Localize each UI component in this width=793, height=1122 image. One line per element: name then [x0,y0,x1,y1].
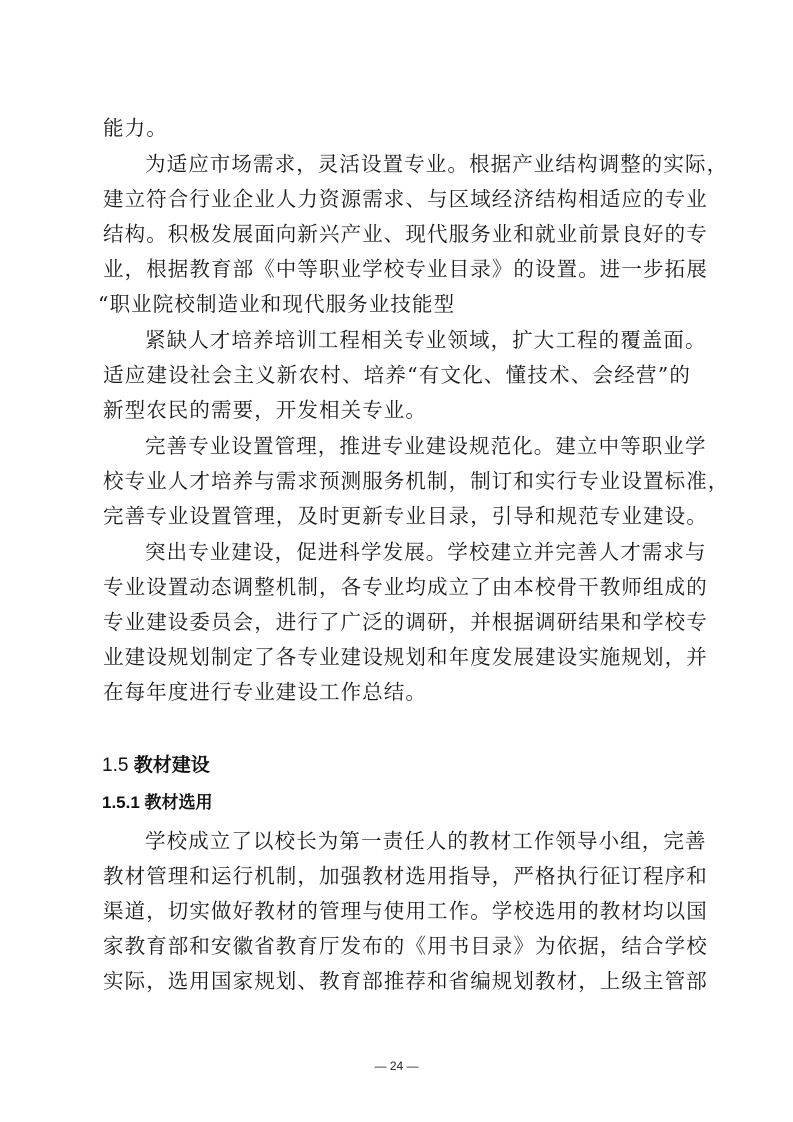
paragraph-line: 在每年度进行专业建设工作总结。 [103,677,691,707]
paragraph-line: 为适应市场需求，灵活设置专业。根据产业结构调整的实际， [145,149,691,179]
paragraph-line: 结构。积极发展面向新兴产业、现代服务业和就业前景良好的专 [103,219,691,249]
section-number: 1.5 [102,755,128,776]
paragraph-line: 建立符合行业企业人力资源需求、与区域经济结构相适应的专业 [103,184,691,214]
paragraph-line: 教材管理和运行机制，加强教材选用指导，严格执行征订程序和 [103,861,691,891]
paragraph-line: 校专业人才培养与需求预测服务机制，制订和实行专业设置标准， [103,466,691,496]
section-title: 教材建设 [134,755,210,776]
subsection-heading: 1.5.1 教材选用 [102,790,213,816]
paragraph-line: “职业院校制造业和现代服务业技能型 [98,289,686,319]
paragraph-line: 专业建设委员会，进行了广泛的调研，并根据调研结果和学校专 [103,607,691,637]
paragraph-line: 适应建设社会主义新农村、培养“有文化、懂技术、会经营”的 [103,360,691,390]
paragraph-line: 渠道，切实做好教材的管理与使用工作。学校选用的教材均以国 [103,896,691,926]
page-number: — 24 — [0,1059,793,1073]
paragraph-line: 实际，选用国家规划、教育部推荐和省编规划教材，上级主管部 [103,966,691,996]
paragraph-line: 学校成立了以校长为第一责任人的教材工作领导小组，完善 [145,826,691,856]
paragraph-line: 紧缺人才培养培训工程相关专业领域，扩大工程的覆盖面。 [145,325,691,355]
paragraph-line: 完善专业设置管理，推进专业建设规范化。建立中等职业学 [145,431,691,461]
paragraph-line: 新型农民的需要，开发相关专业。 [103,395,691,425]
document-page: 能力。 为适应市场需求，灵活设置专业。根据产业结构调整的实际， 建立符合行业企业… [0,0,793,1122]
paragraph-line: 能力。 [103,113,691,143]
paragraph-line: 业建设规划制定了各专业建设规划和年度发展建设实施规划，并 [103,642,691,672]
subsection-number: 1.5.1 [102,793,140,812]
section-heading: 1.5 教材建设 [102,752,210,780]
paragraph-line: 突出专业建设，促进科学发展。学校建立并完善人才需求与 [145,537,691,567]
subsection-title: 教材选用 [145,793,213,812]
paragraph-line: 家教育部和安徽省教育厅发布的《用书目录》为依据，结合学校 [103,931,691,961]
paragraph-line: 完善专业设置管理，及时更新专业目录，引导和规范专业建设。 [103,501,691,531]
paragraph-line: 业，根据教育部《中等职业学校专业目录》的设置。进一步拓展 [103,254,691,284]
paragraph-line: 专业设置动态调整机制，各专业均成立了由本校骨干教师组成的 [103,572,691,602]
